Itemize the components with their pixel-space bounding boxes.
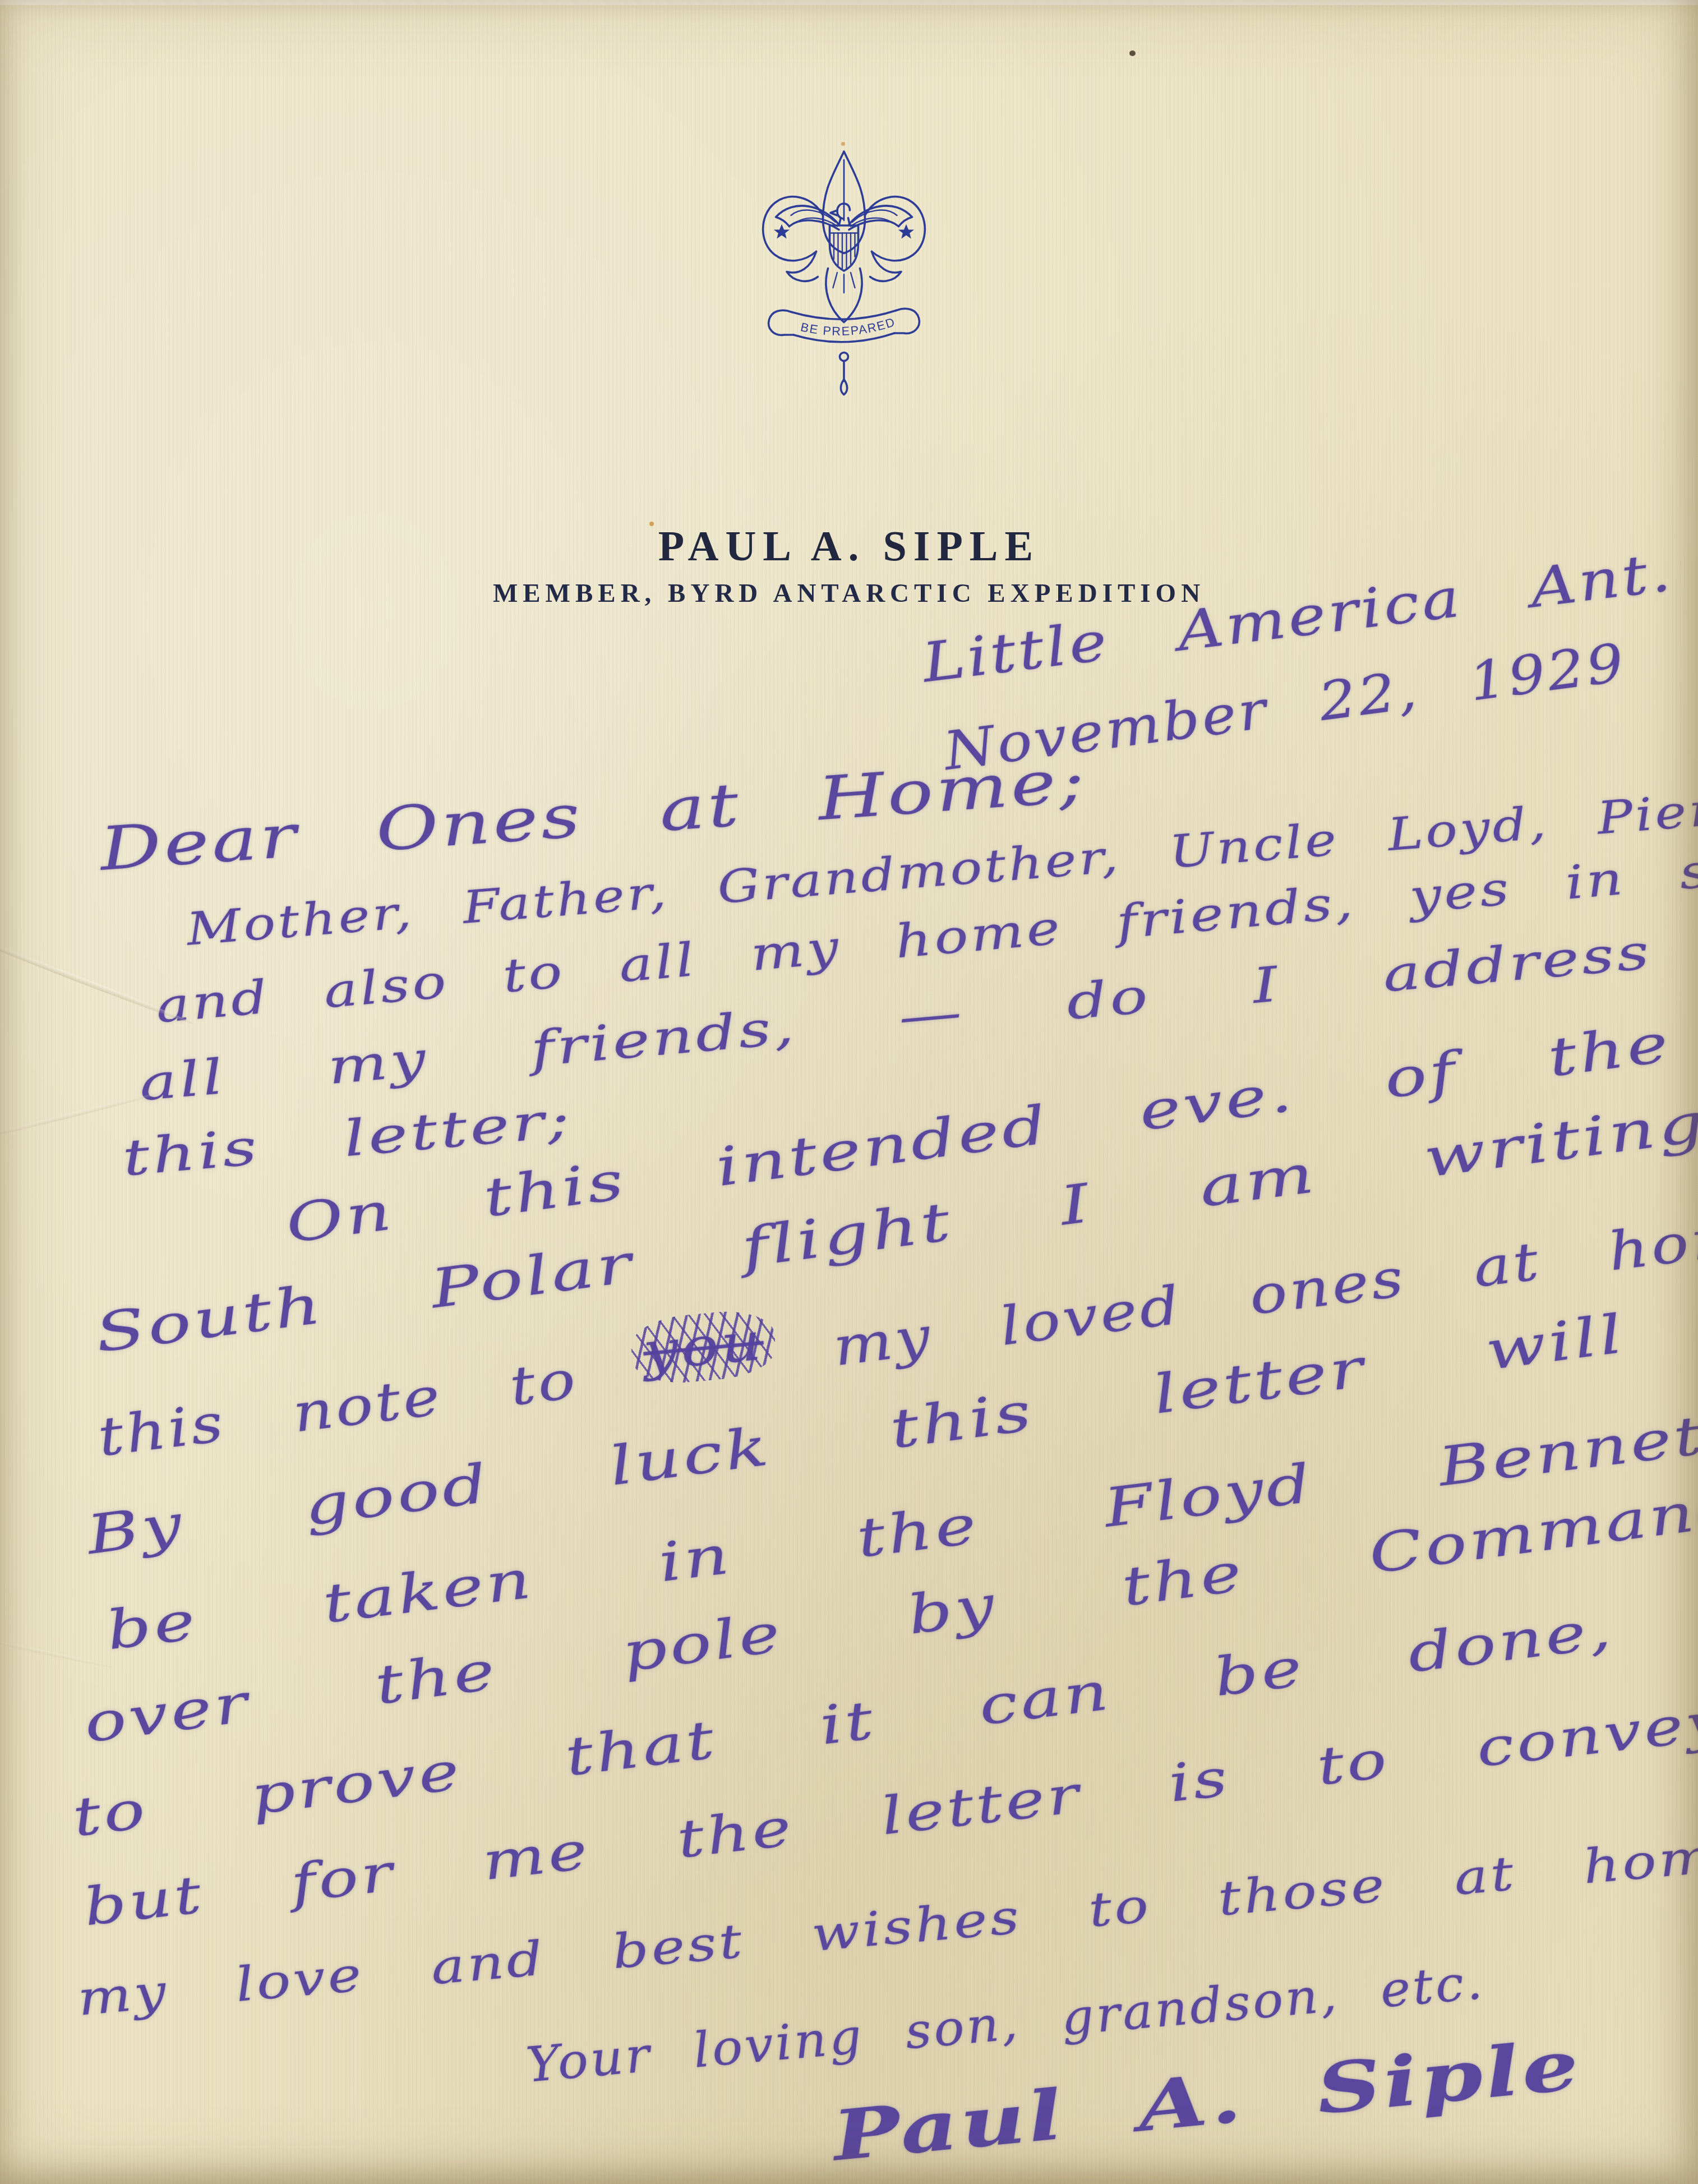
boy-scouts-emblem-icon: BE PREPARED — [751, 145, 936, 397]
paper-speck — [841, 142, 845, 146]
eagle-right-wing — [849, 206, 912, 227]
eagle-head — [837, 204, 844, 219]
fleur-left-curl — [787, 252, 818, 282]
fleur-right-curl — [870, 252, 902, 282]
banner-ribbon — [792, 311, 896, 320]
right-star-icon — [898, 224, 914, 239]
paper-speck — [649, 522, 654, 526]
left-star-icon — [774, 224, 790, 239]
scratched-out-word: you — [642, 1315, 766, 1379]
paper-crease — [0, 1638, 117, 1670]
scan-edge-strip — [0, 0, 1698, 5]
eagle-beak — [830, 210, 837, 215]
pin-ring — [840, 353, 848, 361]
letter-scan-page: BE PREPARED PAUL A. SIPLE MEMBER, BYRD A… — [0, 0, 1698, 2184]
paper-speck — [1129, 50, 1136, 56]
letterhead-name: PAUL A. SIPLE — [0, 525, 1698, 568]
emblem-line-art — [763, 151, 925, 395]
eagle-left-wing — [776, 206, 839, 227]
